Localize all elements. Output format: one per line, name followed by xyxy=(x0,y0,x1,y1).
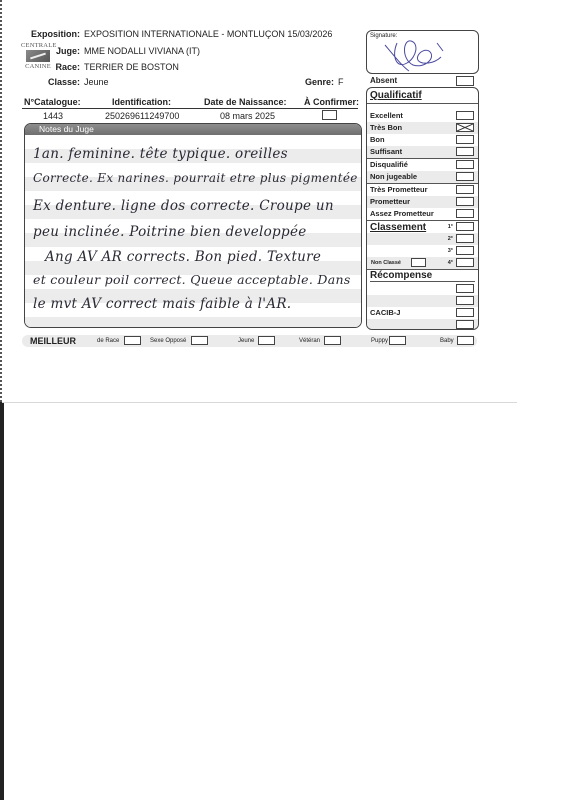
non-classe-checkbox[interactable] xyxy=(411,258,426,267)
qualificatif-tres-bon[interactable]: Très Bon xyxy=(367,122,478,134)
qualificatif-assez-prometteur[interactable]: Assez Prometteur xyxy=(367,208,478,220)
meilleur-de-race-checkbox[interactable] xyxy=(124,336,141,345)
notes-title: Notes du Juge xyxy=(25,124,361,135)
genre-field: Genre:F xyxy=(305,77,344,87)
meilleur-baby-checkbox[interactable] xyxy=(457,336,474,345)
signature-box[interactable]: Signature: xyxy=(366,30,479,74)
juge-field: Juge:MME NODALLI VIVIANA (IT) xyxy=(30,46,200,56)
note-line: Ang AV AR corrects. Bon pied. Texture xyxy=(45,249,321,265)
recompense-2-checkbox[interactable] xyxy=(456,296,474,305)
recompense-4-checkbox[interactable] xyxy=(456,320,474,329)
scan-edge-dark xyxy=(0,402,4,800)
place-3-checkbox[interactable] xyxy=(456,246,474,255)
bon-checkbox[interactable] xyxy=(456,135,474,144)
note-line: et couleur poil correct. Queue acceptabl… xyxy=(33,272,351,287)
note-line: peu inclinée. Poitrine bien developpée xyxy=(33,224,307,240)
signature-scribble-icon xyxy=(367,31,478,73)
meilleur-jeune-checkbox[interactable] xyxy=(258,336,275,345)
catalogue-value: 1443 xyxy=(43,111,63,121)
disqualifie-checkbox[interactable] xyxy=(456,160,474,169)
assez-prometteur-checkbox[interactable] xyxy=(456,209,474,218)
check-x-icon xyxy=(457,124,473,131)
note-line: le mvt AV correct mais faible à l'AR. xyxy=(33,296,291,312)
qualificatif-suffisant[interactable]: Suffisant xyxy=(367,146,478,158)
qualificatif-bon[interactable]: Bon xyxy=(367,134,478,146)
qualificatif-excellent[interactable]: Excellent xyxy=(367,110,478,122)
exposition-field: Exposition:EXPOSITION INTERNATIONALE - M… xyxy=(16,29,332,39)
cacib-j-checkbox[interactable] xyxy=(456,308,474,317)
qualificatif-disqualifie[interactable]: Disqualifié xyxy=(367,159,478,171)
confirmer-header: À Confirmer: xyxy=(304,97,359,107)
race-field: Race:TERRIER DE BOSTON xyxy=(30,62,179,72)
catalogue-header: N°Catalogue: xyxy=(24,97,81,107)
recompense-cacib-j[interactable]: CACIB-J xyxy=(367,307,478,319)
meilleur-veteran-checkbox[interactable] xyxy=(324,336,341,345)
qualificatif-tres-prometteur[interactable]: Très Prometteur xyxy=(367,184,478,196)
header-rule xyxy=(22,108,358,109)
excellent-checkbox[interactable] xyxy=(456,111,474,120)
qualificatif-title: Qualificatif xyxy=(370,90,422,101)
note-line: 1an. feminine. tête typique. oreilles xyxy=(33,146,288,162)
place-4-checkbox[interactable] xyxy=(456,258,474,267)
place-2-checkbox[interactable] xyxy=(456,234,474,243)
judge-notes: Notes du Juge 1an. feminine. tête typiqu… xyxy=(24,123,362,328)
qualificatif-non-jugeable[interactable]: Non jugeable xyxy=(367,171,478,183)
recompense-1-checkbox[interactable] xyxy=(456,284,474,293)
card-bottom-edge xyxy=(2,402,517,403)
identification-header: Identification: xyxy=(112,97,171,107)
tres-bon-checkbox[interactable] xyxy=(456,123,474,132)
absent-label: Absent xyxy=(370,76,397,85)
absent-checkbox[interactable] xyxy=(456,76,474,86)
naissance-value: 08 mars 2025 xyxy=(220,111,275,121)
suffisant-checkbox[interactable] xyxy=(456,147,474,156)
prometteur-checkbox[interactable] xyxy=(456,197,474,206)
meilleur-sexe-oppose-checkbox[interactable] xyxy=(191,336,208,345)
classe-field: Classe:Jeune xyxy=(30,77,109,87)
note-line: Ex denture. ligne dos correcte. Croupe u… xyxy=(33,198,334,214)
tres-prometteur-checkbox[interactable] xyxy=(456,185,474,194)
non-classe-label: Non Classé xyxy=(371,257,401,269)
scan-edge xyxy=(0,0,2,402)
meilleur-strip: MEILLEUR de Race Sexe Opposé Jeune Vétér… xyxy=(22,335,477,347)
non-jugeable-checkbox[interactable] xyxy=(456,172,474,181)
recompense-title: Récompense xyxy=(370,270,475,282)
meilleur-puppy-checkbox[interactable] xyxy=(389,336,406,345)
identification-value: 250269611249700 xyxy=(105,111,179,121)
note-line: Correcte. Ex narines. pourrait etre plus… xyxy=(33,171,358,185)
place-1-checkbox[interactable] xyxy=(456,222,474,231)
qualificatif-prometteur[interactable]: Prometteur xyxy=(367,196,478,208)
results-panel: Qualificatif Excellent Très Bon Bon Suff… xyxy=(366,87,479,330)
confirmer-checkbox[interactable] xyxy=(322,110,337,120)
naissance-header: Date de Naissance: xyxy=(204,97,287,107)
